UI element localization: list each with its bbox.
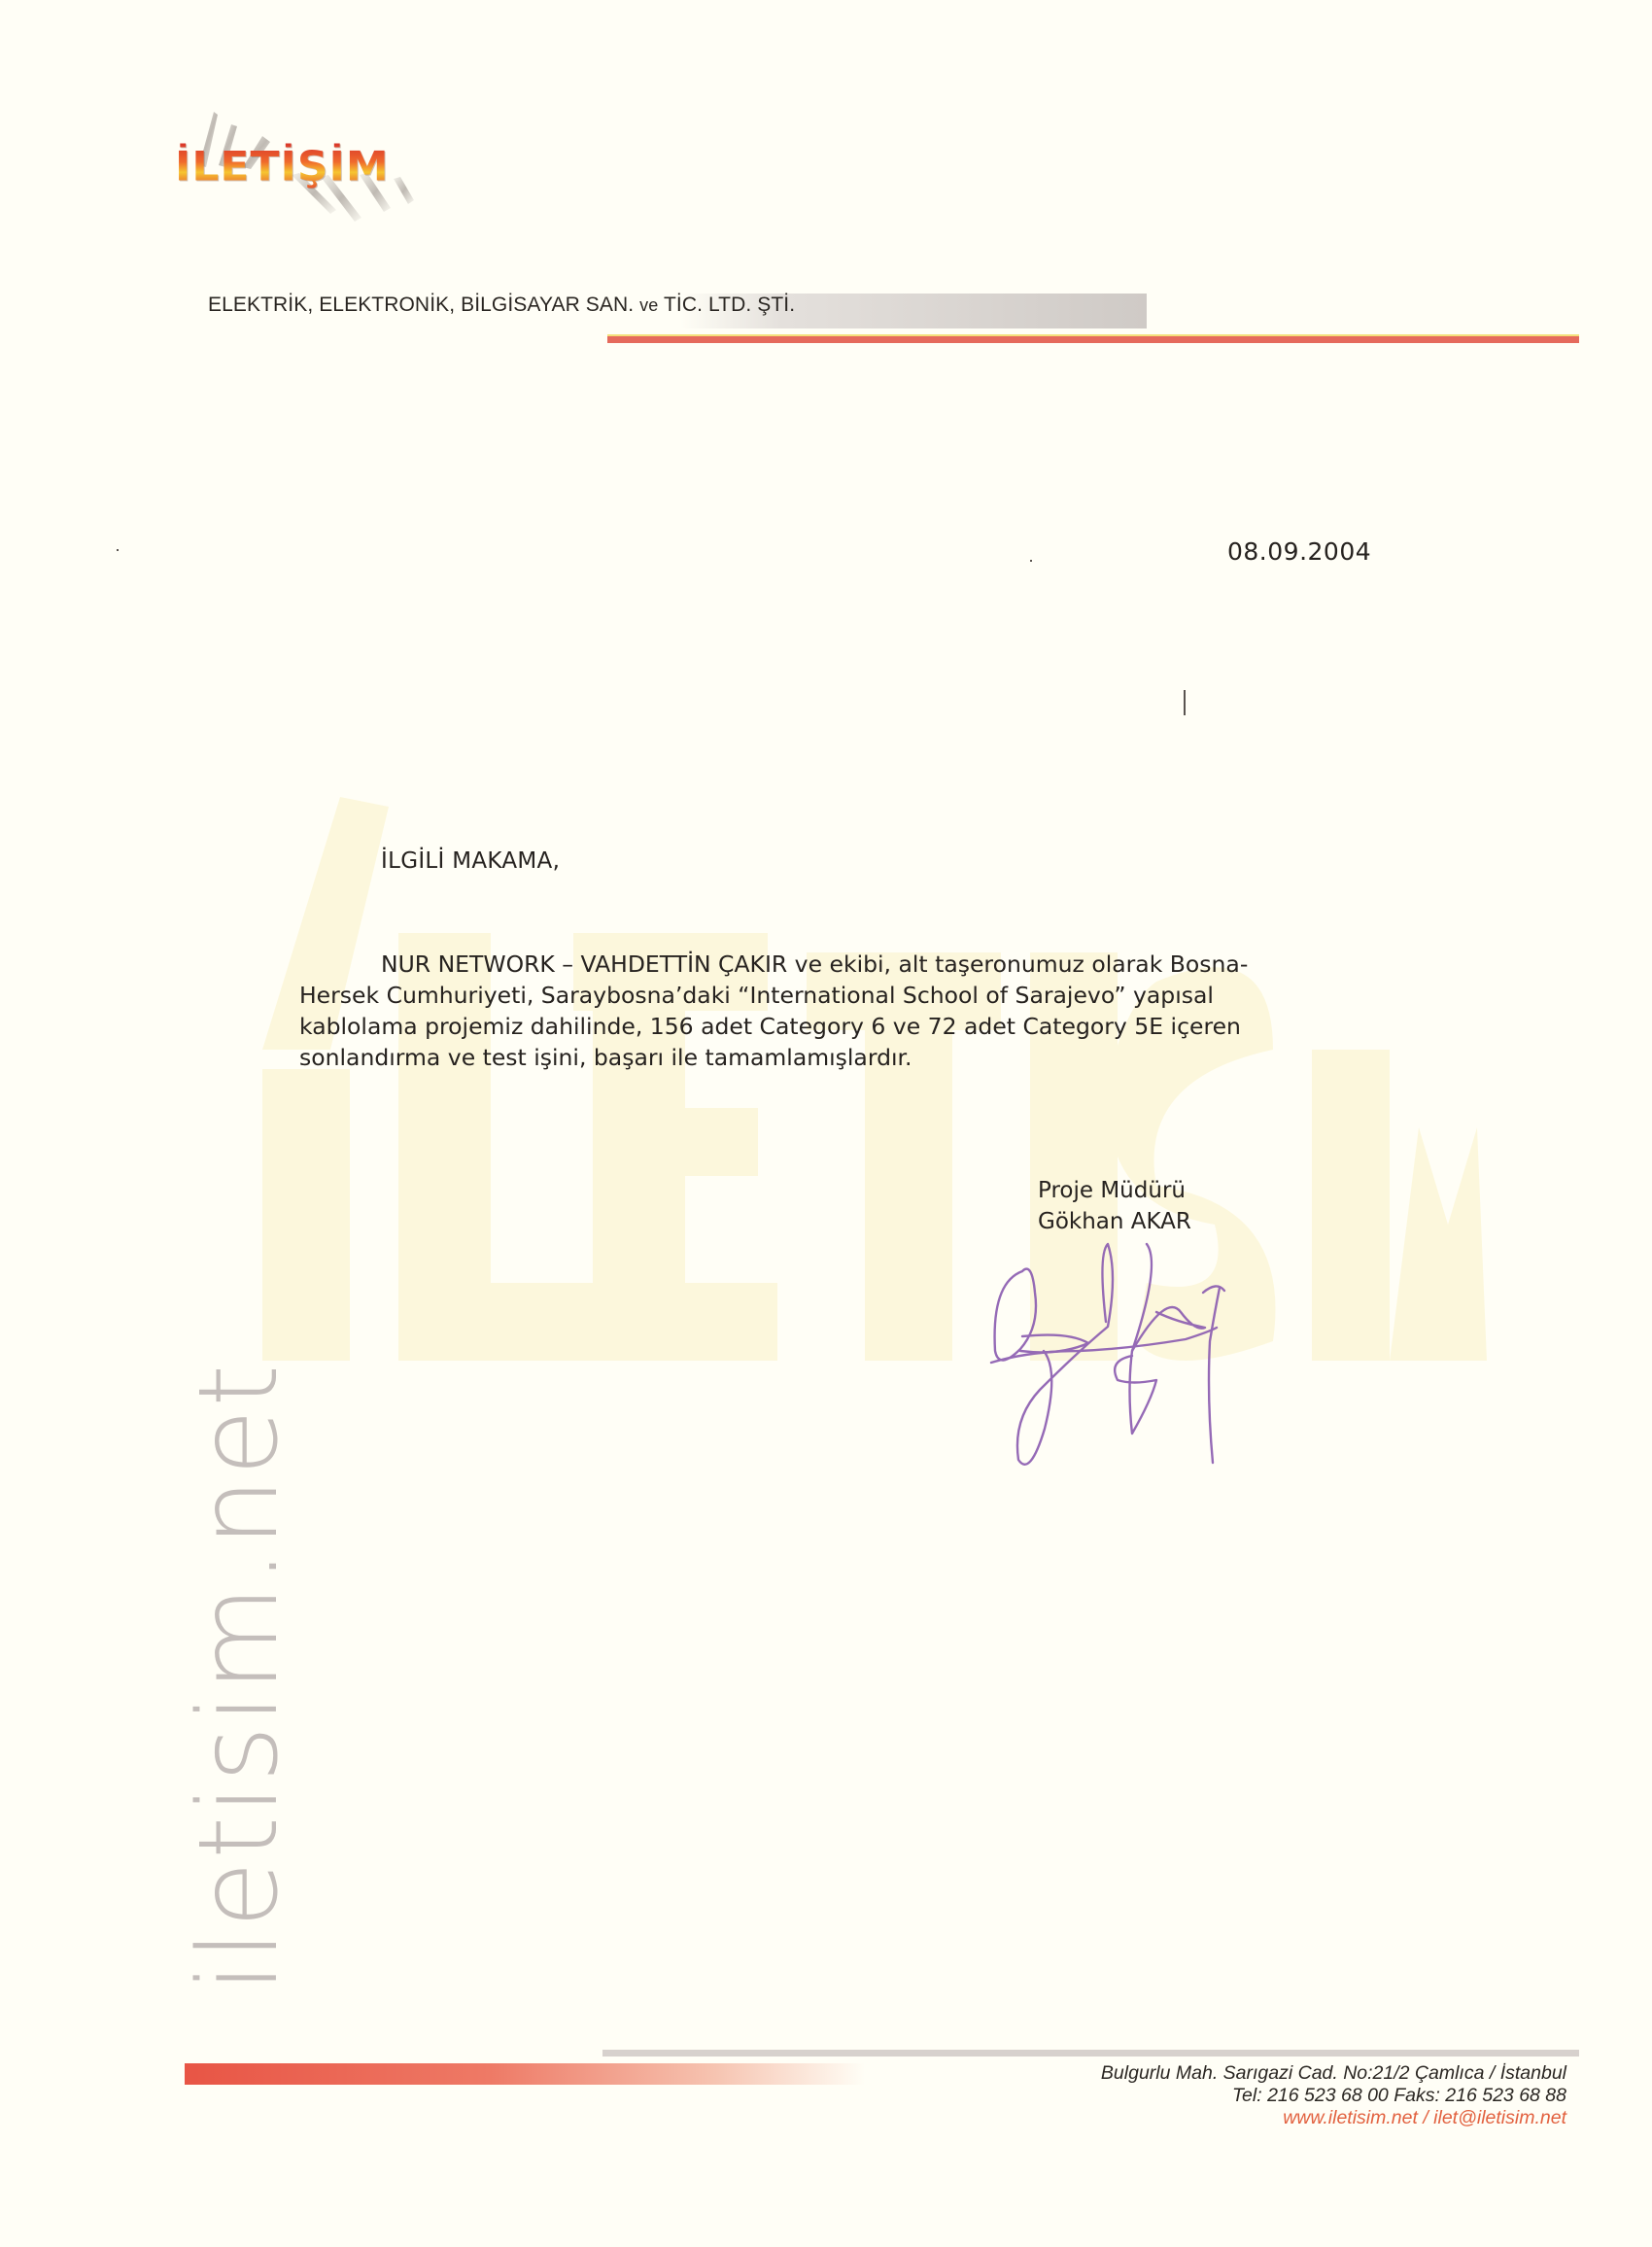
signer-name: Gökhan AKAR [1038,1206,1191,1237]
body-line: kablolama projemiz dahilinde, 156 adet C… [299,1011,1417,1042]
logo-wordmark: İLETİŞİM [175,143,390,190]
body-line: NUR NETWORK – VAHDETTİN ÇAKIR ve ekibi, … [299,949,1417,980]
letter-page: İLETİŞİM ELEKTRİK, ELEKTRONİK, BİLGİSAYA… [0,0,1652,2247]
company-name-end: TİC. LTD. ŞTİ. [664,294,795,316]
letter-date: 08.09.2004 [1227,537,1371,566]
scan-mark [117,549,119,551]
company-name-ve: ve [639,295,658,315]
scan-mark [1184,690,1186,715]
header-red-bar [607,336,1579,343]
footer-phones: Tel: 216 523 68 00 Faks: 216 523 68 88 [1101,2085,1566,2107]
footer-address: Bulgurlu Mah. Sarıgazi Cad. No:21/2 Çaml… [1101,2062,1566,2085]
footer-web-email[interactable]: www.iletisim.net / ilet@iletisim.net [1101,2107,1566,2129]
side-website-text: iletisim.net [185,1363,293,1992]
scan-mark [1030,560,1032,562]
signer-block: Proje Müdürü Gökhan AKAR [1038,1175,1191,1237]
body-line: sonlandırma ve test işini, başarı ile ta… [299,1042,1417,1073]
letter-body: NUR NETWORK – VAHDETTİN ÇAKIR ve ekibi, … [299,949,1417,1073]
salutation: İLGİLİ MAKAMA, [381,848,560,874]
signature-icon [962,1234,1244,1477]
signer-title: Proje Müdürü [1038,1175,1191,1206]
company-name: ELEKTRİK, ELEKTRONİK, BİLGİSAYAR SAN. ve… [208,294,795,317]
company-name-main: ELEKTRİK, ELEKTRONİK, BİLGİSAYAR SAN. [208,294,634,316]
footer-contact: Bulgurlu Mah. Sarıgazi Cad. No:21/2 Çaml… [1101,2062,1566,2129]
footer-red-bar [185,2063,865,2085]
company-logo: İLETİŞİM [175,107,428,224]
body-line: Hersek Cumhuriyeti, Saraybosna’daki “Int… [299,980,1417,1011]
footer-grey-bar [602,2050,1579,2057]
